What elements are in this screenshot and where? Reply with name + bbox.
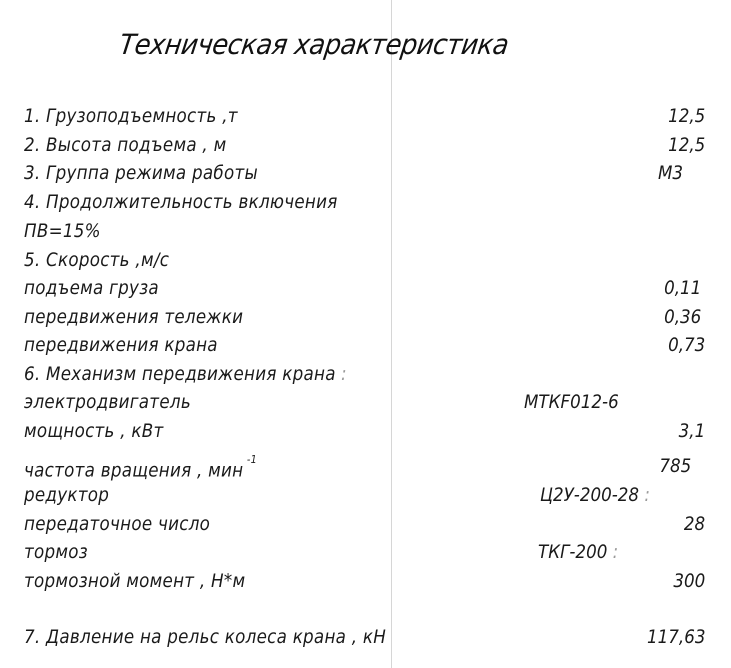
row-lifting-height-label: 2. Высота подъема , м bbox=[24, 132, 226, 158]
brake-colon: : bbox=[613, 541, 619, 563]
row-reducer-value: Ц2У-200-28: bbox=[540, 482, 650, 508]
row-lifting-height-value: 12,5 bbox=[668, 132, 705, 158]
row-trolley-speed-label: передвижения тележки bbox=[24, 304, 243, 330]
row-lifting-capacity-value: 12,5 bbox=[668, 103, 705, 129]
row-duty-cycle-pv-label: ПВ=15% bbox=[24, 218, 101, 244]
brake-value-text: ТКГ-200 bbox=[538, 541, 607, 563]
row-lifting-capacity-label: 1. Грузоподъемность ,т bbox=[24, 103, 238, 129]
row-brake-torque-label: тормозной момент , Н*м bbox=[24, 568, 245, 594]
row-wheel-load-label: 7. Давление на рельс колеса крана , кН bbox=[24, 624, 386, 650]
rotation-speed-text: частота вращения , мин bbox=[24, 459, 243, 481]
row-crane-speed-value: 0,73 bbox=[668, 332, 705, 358]
travel-mechanism-colon: : bbox=[341, 363, 347, 385]
row-hoist-speed-value: 0,11 bbox=[664, 275, 701, 301]
row-gear-ratio-label: передаточное число bbox=[24, 511, 210, 537]
row-brake-label: тормоз bbox=[24, 539, 88, 565]
row-reducer-label: редуктор bbox=[24, 482, 109, 508]
rotation-speed-exponent: -1 bbox=[247, 453, 257, 466]
reducer-value-text: Ц2У-200-28 bbox=[540, 484, 639, 506]
row-hoist-speed-label: подъема груза bbox=[24, 275, 159, 301]
row-duty-cycle-label: 4. Продолжительность включения bbox=[24, 189, 338, 215]
row-brake-torque-value: 300 bbox=[673, 568, 705, 594]
document-title: Техническая характеристика bbox=[117, 28, 510, 61]
row-wheel-load-value: 117,63 bbox=[646, 624, 705, 650]
row-travel-mechanism-label: 6. Механизм передвижения крана: bbox=[24, 361, 347, 387]
row-duty-group-value: М3 bbox=[658, 160, 683, 186]
row-trolley-speed-value: 0,36 bbox=[664, 304, 701, 330]
row-speed-label: 5. Скорость ,м/с bbox=[24, 247, 169, 273]
row-motor-label: электродвигатель bbox=[24, 389, 191, 415]
row-rotation-speed-label: частота вращения , мин-1 bbox=[24, 453, 257, 479]
row-power-label: мощность , кВт bbox=[24, 418, 163, 444]
reducer-colon: : bbox=[644, 484, 650, 506]
row-crane-speed-label: передвижения крана bbox=[24, 332, 218, 358]
row-motor-value: МТКF012-6 bbox=[524, 389, 619, 415]
row-gear-ratio-value: 28 bbox=[684, 511, 705, 537]
travel-mechanism-text: 6. Механизм передвижения крана bbox=[24, 363, 336, 385]
row-brake-value: ТКГ-200: bbox=[538, 539, 618, 565]
row-rotation-speed-value: 785 bbox=[659, 453, 691, 479]
row-power-value: 3,1 bbox=[678, 418, 705, 444]
vertical-divider-line bbox=[391, 0, 392, 668]
row-duty-group-label: 3. Группа режима работы bbox=[24, 160, 258, 186]
